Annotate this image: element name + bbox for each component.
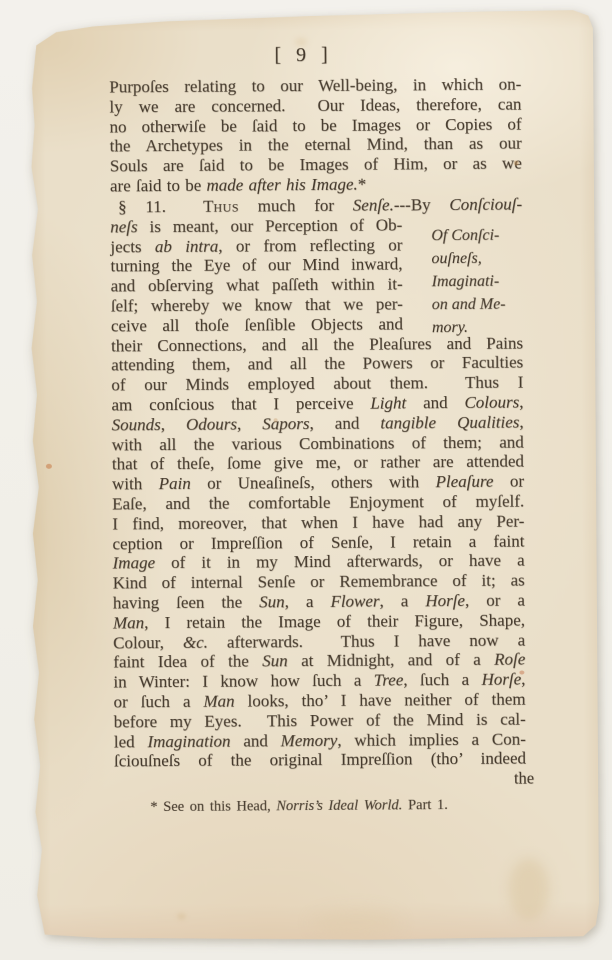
text-segment: hus: [213, 197, 239, 216]
text-segment: Pleaſure: [436, 472, 494, 491]
text-segment: Sounds: [112, 415, 161, 434]
text-line: ſelf; whereby we know that we per-: [111, 294, 403, 316]
text-segment: Eaſe, and the comfortable Enjoyment of m…: [112, 491, 524, 513]
text-line: turning the Eye of our Mind inward,: [110, 255, 402, 277]
text-segment: ception or Impreſſion of Senſe, I retain…: [112, 531, 524, 553]
text-segment: having ſeen the: [113, 592, 259, 612]
text-segment: with: [112, 474, 159, 493]
text-segment: * See on this Head,: [150, 798, 276, 815]
text-segment: before my Eyes. This Power of the Mind i…: [114, 709, 526, 731]
text-segment: ſciouſneſs of the original Impreſſion (t…: [114, 749, 526, 771]
margin-note-line: mory.: [432, 315, 542, 339]
text-segment: Odours: [186, 414, 237, 433]
text-segment: § 11. T: [118, 197, 214, 217]
text-segment: faint Idea of the: [113, 652, 262, 672]
text-segment: is meant, our Perception of Ob-: [138, 215, 403, 236]
text-segment: I find, moreover, that when I have had a…: [112, 511, 524, 533]
text-segment: Kind of internal Senſe or Remembrance of…: [113, 571, 525, 593]
text-segment: am conſcious that I perceive: [111, 394, 370, 415]
text-segment: jects: [110, 237, 155, 256]
page-shadow-wrap: [ 9 ] Purpoſes relating to our Well-bein…: [25, 10, 599, 942]
text-segment: Man: [203, 691, 234, 710]
text-segment: ,: [237, 414, 262, 433]
text-segment: ceive all thoſe ſenſible Objects and: [111, 314, 403, 335]
text-segment: of our Minds employed about them. Thus I: [111, 373, 523, 395]
text-line: neſs is meant, our Perception of Ob-: [110, 215, 402, 237]
text-line: are ſaid to be made after his Image.*: [110, 174, 522, 197]
text-segment: ,: [519, 412, 523, 431]
text-line: jects ab intra, or from reflecting or: [110, 235, 402, 257]
text-segment: are ſaid to be: [110, 176, 207, 196]
stain: [509, 858, 549, 920]
text-segment: Horſe: [425, 591, 465, 610]
text-segment: led: [114, 732, 148, 751]
margin-note-line: on and Me-: [432, 292, 542, 316]
text-segment: , and: [309, 413, 380, 432]
text-segment: Tree: [374, 670, 404, 689]
text-segment: ab intra: [155, 236, 219, 255]
text-segment: or Uneaſineſs, others with: [191, 472, 436, 493]
text-line: Souls are ſaid to be Images of Him, or a…: [110, 154, 522, 177]
text-segment: , or a: [465, 590, 525, 609]
text-segment: Pain: [159, 474, 191, 493]
text-segment: that of theſe, ſome give me, or rather a…: [112, 452, 524, 474]
text-segment: Imagination: [147, 731, 230, 751]
text-segment: *: [358, 175, 367, 194]
margin-note-line: Of Conſci-: [431, 223, 541, 247]
stain: [311, 909, 401, 936]
text-segment: Purpoſes relating to our Well-being, in …: [109, 75, 521, 97]
right-bracket: ]: [321, 44, 328, 67]
text-segment: in Winter: I know how ſuch a: [113, 671, 373, 692]
text-segment: Sapors: [262, 414, 309, 433]
text-segment: made after his Image.: [206, 175, 357, 195]
text-segment: Colours: [464, 393, 519, 412]
text-segment: Man: [113, 613, 144, 632]
text-segment: ly we are concerned. Our Ideas, therefor…: [109, 94, 521, 116]
fox-spot: [46, 464, 52, 469]
text-segment: ,: [519, 392, 523, 411]
page-number-header: [ 9 ]: [95, 43, 507, 69]
text-segment: looks, tho’ I have neither of them: [235, 689, 526, 710]
text-segment: or: [493, 472, 524, 491]
text-segment: , which implies a Con-: [337, 729, 526, 749]
catchword-text: the: [514, 768, 534, 787]
text-segment: ---By: [394, 195, 450, 214]
catchword: the: [114, 768, 534, 791]
footnote: * See on this Head, Norris’s Ideal World…: [150, 796, 550, 816]
text-segment: Part 1.: [402, 797, 448, 813]
text-segment: Roſe: [494, 650, 525, 669]
text-segment: turning the Eye of our Mind inward,: [110, 255, 402, 276]
text-segment: no otherwiſe be ſaid to be Images or Cop…: [109, 114, 521, 136]
text-segment: at Midnight, and of a: [288, 650, 495, 670]
text-segment: &c.: [183, 632, 208, 651]
text-segment: afterwards. Thus I have now a: [208, 630, 525, 651]
text-segment: neſs: [110, 217, 138, 236]
left-bracket: [: [274, 44, 281, 67]
text-segment: Memory: [281, 730, 338, 749]
text-segment: Colour,: [113, 632, 183, 651]
text-segment: , I retain the Image of their Figure, Sh…: [144, 610, 525, 632]
text-line: ceive all thoſe ſenſible Objects and: [111, 314, 403, 336]
text-segment: , ſuch a: [403, 670, 481, 690]
text-segment: tangible Qualities: [380, 412, 519, 432]
text-segment: and: [230, 731, 280, 750]
text-line: and obſerving what paſſeth within it-: [111, 275, 403, 297]
fox-spot: [177, 913, 186, 920]
page-number: 9: [296, 44, 306, 67]
text-segment: Souls are ſaid to be Images of Him, or a…: [110, 154, 522, 176]
text-segment: Light: [370, 393, 406, 412]
text-segment: Norris’s Ideal World.: [276, 797, 402, 814]
margin-note-line: ouſneſs,: [431, 246, 541, 270]
text-segment: much for: [239, 196, 353, 216]
text-segment: of it in my Mind afterwards, or have a: [155, 551, 525, 573]
text-segment: ſelf; whereby we know that we per-: [111, 294, 403, 315]
text-segment: Image: [113, 553, 156, 572]
text-segment: , or from reflecting or: [218, 235, 402, 255]
text-segment: , a: [379, 591, 425, 610]
scan-background: [ 9 ] Purpoſes relating to our Well-bein…: [0, 0, 612, 960]
text-segment: Sun: [259, 592, 285, 611]
margin-note-line: Imaginati-: [432, 269, 542, 293]
text-segment: ,: [521, 670, 525, 689]
text-line: § 11. Thus much for Senſe.---By Conſciou…: [110, 195, 522, 218]
text-segment: and obſerving what paſſeth within it-: [111, 275, 403, 296]
text-segment: the Archetypes in the eternal Mind, than…: [110, 134, 522, 156]
text-segment: and: [406, 393, 464, 412]
margin-note: Of Conſci-ouſneſs,Imaginati-on and Me-mo…: [431, 223, 542, 339]
text-segment: Senſe.: [353, 195, 394, 214]
text-segment: , a: [285, 592, 331, 611]
text-segment: with all the various Combinations of the…: [112, 432, 524, 454]
text-segment: Horſe: [481, 670, 521, 689]
text-segment: Flower: [330, 591, 379, 610]
paragraph-1: Purpoſes relating to our Well-being, in …: [109, 75, 522, 197]
text-segment: Sun: [262, 652, 288, 671]
text-segment: or ſuch a: [114, 692, 204, 712]
book-page: [ 9 ] Purpoſes relating to our Well-bein…: [25, 10, 599, 942]
text-segment: attending them, and all the Powers or Fa…: [111, 353, 523, 375]
text-segment: ,: [161, 415, 186, 434]
text-segment: Conſciouſ-: [449, 195, 522, 215]
